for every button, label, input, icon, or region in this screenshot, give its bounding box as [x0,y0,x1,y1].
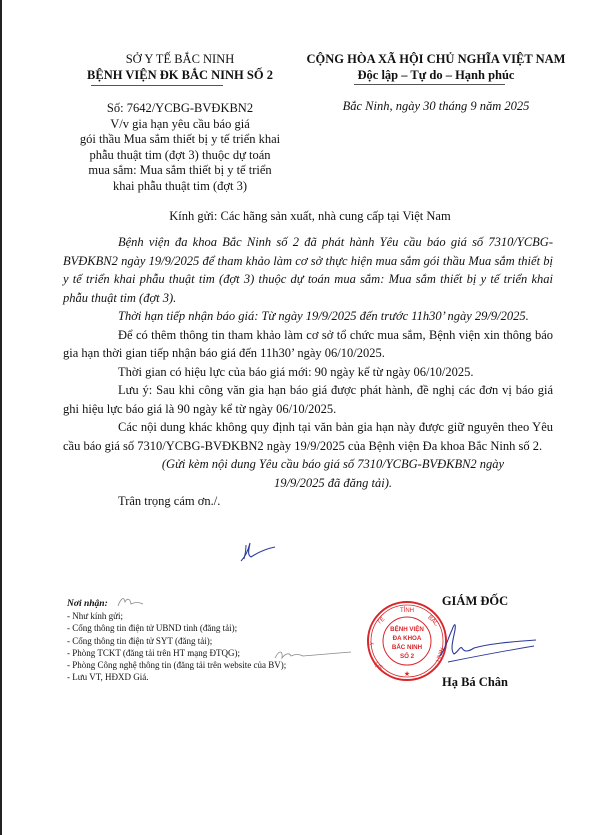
attachment-note-line2: 19/9/2025 đã đăng tải). [83,474,553,493]
official-stamp-icon: TỈNH TẾ Y BẮC NINH SỞ BỆNH VIỆN ĐA KHOA … [366,600,448,682]
director-signature-icon [438,618,538,668]
letter-body: Bệnh viện đa khoa Bắc Ninh số 2 đã phát … [83,233,553,511]
paragraph-extension: Để có thêm thông tin tham khảo làm cơ sở… [63,326,553,363]
svg-text:TẾ: TẾ [376,616,386,626]
attachment-note-line1: (Gửi kèm nội dung Yêu cầu báo giá số 731… [83,455,553,474]
subject-line: V/v gia hạn yêu cầu báo giá [60,117,300,133]
svg-text:SỐ 2: SỐ 2 [400,653,415,660]
parent-org: SỞ Y TẾ BẮC NINH [60,52,300,67]
motto-underline [354,84,505,85]
subject-line: phẫu thuật tim (đợt 3) thuộc dự toán [60,148,300,164]
svg-text:Y: Y [370,641,377,646]
recipients-initial-icon [115,594,145,610]
paragraph-other-terms: Các nội dung khác không quy định tại văn… [63,418,553,455]
svg-text:SỞ: SỞ [373,660,385,671]
org-name: BỆNH VIỆN ĐK BẮC NINH SỐ 2 [60,67,300,83]
signer-name: Hạ Bá Chân [400,675,550,690]
recipients-title: Nơi nhận: [67,598,367,610]
paragraph-background: Bệnh viện đa khoa Bắc Ninh số 2 đã phát … [63,233,553,307]
issuer-block: SỞ Y TẾ BẮC NINH BỆNH VIỆN ĐK BẮC NINH S… [60,52,300,83]
recipients-list: Nơi nhận: - Như kính gửi; - Cổng thông t… [67,598,367,683]
doc-reference: Số: 7642/YCBG-BVĐKBN2 V/v gia hạn yêu cầ… [60,101,300,194]
initial-signature-icon [237,541,277,563]
svg-text:TỈNH: TỈNH [400,607,414,614]
nation-title: CỘNG HÒA XÃ HỘI CHỦ NGHĨA VIỆT NAM [290,52,582,67]
svg-text:BỆNH VIỆN: BỆNH VIỆN [390,625,424,633]
paragraph-note: Lưu ý: Sau khi công văn gia hạn báo giá … [63,381,553,418]
svg-text:BẮC NINH: BẮC NINH [392,643,423,651]
addressee: Kính gửi: Các hãng sản xuất, nhà cung cấ… [60,209,560,224]
place-date: Bắc Ninh, ngày 30 tháng 9 năm 2025 [290,99,582,114]
subject-line: gói thầu Mua sắm thiết bị y tế triển kha… [60,132,300,148]
recipient-item: - Lưu VT, HĐXD Giá. [67,671,367,683]
recipient-item: - Cổng thông tin điện tử SYT (đăng tải); [67,635,367,647]
national-header: CỘNG HÒA XÃ HỘI CHỦ NGHĨA VIỆT NAM Độc l… [290,52,582,83]
svg-text:ĐA KHOA: ĐA KHOA [393,635,422,642]
issuer-underline [91,85,223,86]
subject-line: khai phẫu thuật tim (đợt 3) [60,179,300,195]
paragraph-validity: Thời gian có hiệu lực của báo giá mới: 9… [63,363,553,382]
recipients-initial-icon-2 [273,648,353,662]
recipient-item: - Như kính gửi; [67,610,367,622]
paragraph-original-deadline: Thời hạn tiếp nhận báo giá: Từ ngày 19/9… [63,307,553,326]
recipient-item: - Cổng thông tin điện tử UBND tỉnh (đăng… [67,622,367,634]
page-edge [0,0,2,835]
doc-number: Số: 7642/YCBG-BVĐKBN2 [60,101,300,117]
closing-line: Trân trọng cám ơn./. [63,492,553,511]
subject-line: mua sắm: Mua sắm thiết bị y tế triển [60,163,300,179]
motto: Độc lập – Tự do – Hạnh phúc [290,67,582,83]
